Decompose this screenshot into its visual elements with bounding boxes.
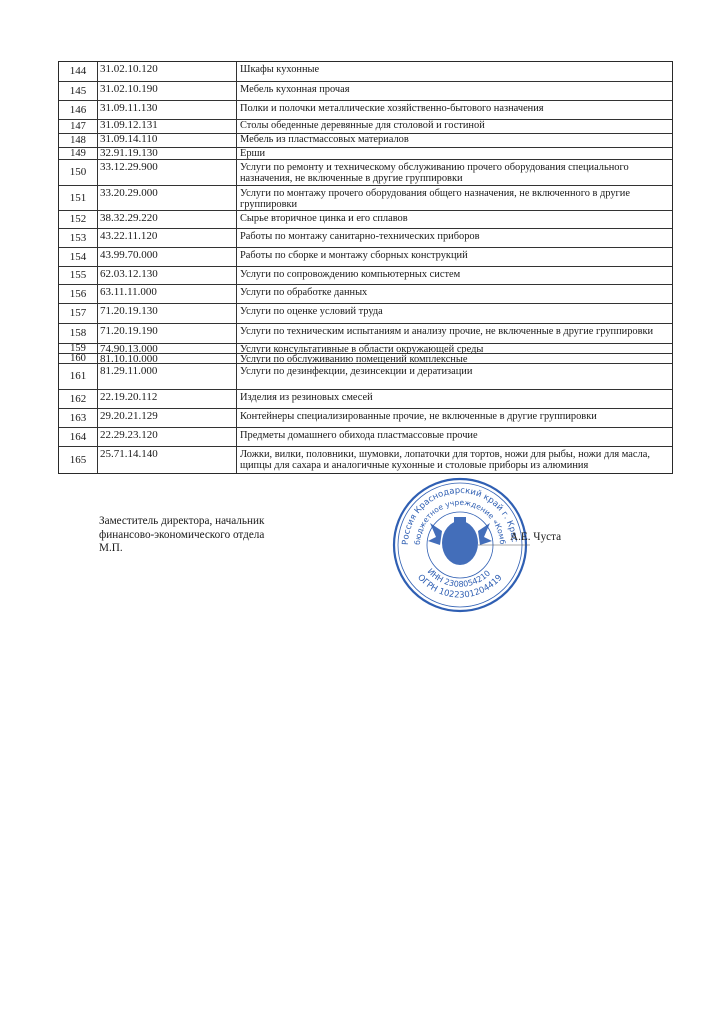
okpd-code: 33.20.29.000	[98, 186, 237, 210]
item-name: Шкафы кухонные	[237, 62, 672, 81]
okpd-code: 71.20.19.190	[98, 324, 237, 343]
item-name: Сырье вторичное цинка и его сплавов	[237, 211, 672, 228]
table-row: 15238.32.29.220Сырье вторичное цинка и е…	[59, 210, 672, 228]
item-name: Услуги по дезинфекции, дезинсекции и дер…	[237, 364, 672, 389]
table-row: 15562.03.12.130Услуги по сопровождению к…	[59, 266, 672, 284]
row-number: 157	[59, 304, 98, 323]
table-row: 16422.29.23.120Предметы домашнего обиход…	[59, 427, 672, 446]
item-name: Услуги по сопровождению компьютерных сис…	[237, 267, 672, 284]
table-row: 14431.02.10.120Шкафы кухонные	[59, 62, 672, 81]
row-number: 151	[59, 186, 98, 210]
row-number: 164	[59, 428, 98, 446]
okpd-code: 31.09.12.131	[98, 120, 237, 133]
row-number: 154	[59, 248, 98, 266]
table-row: 15771.20.19.130Услуги по оценке условий …	[59, 303, 672, 323]
table-row: 14831.09.14.110Мебель из пластмассовых м…	[59, 133, 672, 147]
table-row: 16329.20.21.129Контейнеры специализирова…	[59, 408, 672, 427]
row-number: 159	[59, 344, 98, 353]
table-row: 14631.09.11.130Полки и полочки металличе…	[59, 100, 672, 119]
row-number: 165	[59, 447, 98, 473]
row-number: 155	[59, 267, 98, 284]
item-name: Услуги по техническим испытаниям и анали…	[237, 324, 672, 343]
okpd-code: 62.03.12.130	[98, 267, 237, 284]
row-number: 148	[59, 134, 98, 147]
row-number: 163	[59, 409, 98, 427]
row-number: 146	[59, 101, 98, 119]
okpd-code: 33.12.29.900	[98, 160, 237, 185]
table-row: 16222.19.20.112Изделия из резиновых смес…	[59, 389, 672, 408]
row-number: 152	[59, 211, 98, 228]
item-name: Услуги по оценке условий труда	[237, 304, 672, 323]
table-row: 15133.20.29.000Услуги по монтажу прочего…	[59, 185, 672, 210]
item-name: Услуги по монтажу прочего оборудования о…	[237, 186, 672, 210]
item-name: Ложки, вилки, половники, шумовки, лопато…	[237, 447, 672, 473]
okpd-code: 74.90.13.000	[98, 344, 237, 353]
signer-name: А.Е. Чуста	[510, 531, 561, 543]
row-number: 145	[59, 82, 98, 100]
table-row: 14731.09.12.131Столы обеденные деревянны…	[59, 119, 672, 133]
item-name: Услуги по ремонту и техническому обслужи…	[237, 160, 672, 185]
table-row: 16081.10.10.000Услуги по обслуживанию по…	[59, 353, 672, 363]
table-row: 14932.91.19.130Ерши	[59, 147, 672, 159]
okpd-code: 38.32.29.220	[98, 211, 237, 228]
table-row: 15974.90.13.000Услуги консультативные в …	[59, 343, 672, 353]
item-name: Услуги по обработке данных	[237, 285, 672, 303]
okpd-code: 29.20.21.129	[98, 409, 237, 427]
okpd-code: 31.02.10.190	[98, 82, 237, 100]
okpd-code: 31.09.11.130	[98, 101, 237, 119]
row-number: 160	[59, 354, 98, 363]
row-number: 144	[59, 62, 98, 81]
row-number: 150	[59, 160, 98, 185]
okpd-code: 31.09.14.110	[98, 134, 237, 147]
table-row: 14531.02.10.190Мебель кухонная прочая	[59, 81, 672, 100]
table-row: 16525.71.14.140Ложки, вилки, половники, …	[59, 446, 672, 473]
row-number: 161	[59, 364, 98, 389]
row-number: 147	[59, 120, 98, 133]
okpd-code: 22.19.20.112	[98, 390, 237, 408]
signature-mp: М.П.	[99, 542, 264, 556]
table-row: 15033.12.29.900Услуги по ремонту и техни…	[59, 159, 672, 185]
items-table: 14431.02.10.120Шкафы кухонные14531.02.10…	[58, 61, 673, 474]
row-number: 156	[59, 285, 98, 303]
item-name: Контейнеры специализированные прочие, не…	[237, 409, 672, 427]
signature-title-line1: Заместитель директора, начальник	[99, 515, 264, 529]
table-row: 15343.22.11.120Работы по монтажу санитар…	[59, 228, 672, 247]
coat-of-arms-icon	[428, 517, 492, 565]
okpd-code: 63.11.11.000	[98, 285, 237, 303]
item-name: Предметы домашнего обихода пластмассовые…	[237, 428, 672, 446]
item-name: Полки и полочки металлические хозяйствен…	[237, 101, 672, 119]
okpd-code: 31.02.10.120	[98, 62, 237, 81]
item-name: Работы по монтажу санитарно-технических …	[237, 229, 672, 247]
official-stamp: Россия Краснодарский край г. Краснодар б…	[390, 475, 530, 615]
table-row: 15443.99.70.000Работы по сборке и монтаж…	[59, 247, 672, 266]
item-name: Работы по сборке и монтажу сборных конст…	[237, 248, 672, 266]
item-name: Ерши	[237, 148, 672, 159]
item-name: Изделия из резиновых смесей	[237, 390, 672, 408]
table-row: 15871.20.19.190Услуги по техническим исп…	[59, 323, 672, 343]
okpd-code: 22.29.23.120	[98, 428, 237, 446]
item-name: Столы обеденные деревянные для столовой …	[237, 120, 672, 133]
okpd-code: 25.71.14.140	[98, 447, 237, 473]
table-row: 15663.11.11.000Услуги по обработке данны…	[59, 284, 672, 303]
row-number: 158	[59, 324, 98, 343]
item-name: Мебель из пластмассовых материалов	[237, 134, 672, 147]
row-number: 149	[59, 148, 98, 159]
row-number: 153	[59, 229, 98, 247]
okpd-code: 43.99.70.000	[98, 248, 237, 266]
row-number: 162	[59, 390, 98, 408]
okpd-code: 81.10.10.000	[98, 354, 237, 363]
item-name: Мебель кухонная прочая	[237, 82, 672, 100]
okpd-code: 43.22.11.120	[98, 229, 237, 247]
item-name: Услуги консультативные в области окружаю…	[237, 344, 672, 353]
signature-title-line2: финансово-экономического отдела	[99, 529, 264, 543]
item-name: Услуги по обслуживанию помещений комплек…	[237, 354, 672, 363]
okpd-code: 71.20.19.130	[98, 304, 237, 323]
signature-block: Заместитель директора, начальник финансо…	[99, 515, 264, 556]
okpd-code: 81.29.11.000	[98, 364, 237, 389]
table-row: 16181.29.11.000Услуги по дезинфекции, де…	[59, 363, 672, 389]
okpd-code: 32.91.19.130	[98, 148, 237, 159]
